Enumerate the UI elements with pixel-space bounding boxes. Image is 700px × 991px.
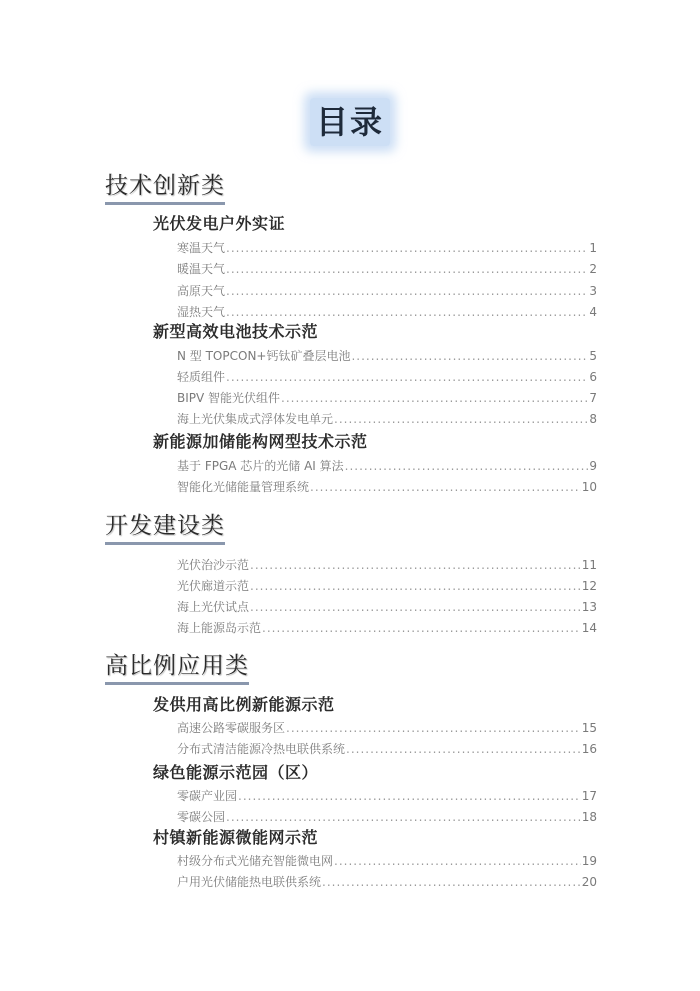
toc-entry-page: 16 (582, 741, 597, 757)
toc-entry-page: 8 (589, 411, 597, 427)
toc-entry[interactable]: 寒温天气 1 (177, 240, 597, 256)
toc-entry-page: 13 (582, 599, 597, 615)
dot-leader (351, 348, 588, 364)
toc-entry-page: 11 (582, 557, 597, 573)
toc-entry[interactable]: 智能化光储能量管理系统 10 (177, 479, 597, 495)
toc-entry-label: 寒温天气 (177, 240, 225, 256)
toc-entry-label: 湿热天气 (177, 304, 225, 320)
toc-entry-page: 2 (589, 261, 597, 277)
dot-leader (310, 479, 581, 495)
toc-entry-label: 基于 FPGA 芯片的光储 AI 算法 (177, 458, 344, 474)
dot-leader (281, 390, 588, 406)
toc-entry-page: 5 (589, 348, 597, 364)
toc-entry-label: 高原天气 (177, 283, 225, 299)
toc-entry[interactable]: 海上能源岛示范 14 (177, 620, 597, 636)
toc-entry-label: 轻质组件 (177, 369, 225, 385)
dot-leader (226, 304, 588, 320)
category-heading-development: 开发建设类 (105, 512, 225, 545)
dot-leader (250, 578, 581, 594)
toc-entry[interactable]: BIPV 智能光伏组件 7 (177, 390, 597, 406)
toc-entry[interactable]: 分布式清洁能源冷热电联供系统 16 (177, 741, 597, 757)
toc-entry-page: 19 (582, 853, 597, 869)
toc-entry[interactable]: 轻质组件 6 (177, 369, 597, 385)
dot-leader (334, 411, 588, 427)
toc-entry[interactable]: 高速公路零碳服务区 15 (177, 720, 597, 736)
toc-entry-page: 18 (582, 809, 597, 825)
category-heading-tech-innovation: 技术创新类 (105, 172, 225, 205)
toc-entry[interactable]: 零碳产业园 17 (177, 788, 597, 804)
toc-entry[interactable]: 户用光伏储能热电联供系统 20 (177, 874, 597, 890)
toc-entry-page: 9 (589, 458, 597, 474)
dot-leader (345, 458, 589, 474)
toc-entry-page: 3 (589, 283, 597, 299)
dot-leader (262, 620, 581, 636)
page-title: 目录 (0, 98, 700, 146)
toc-entry-page: 4 (589, 304, 597, 320)
toc-entry-label: BIPV 智能光伏组件 (177, 390, 280, 406)
dot-leader (250, 599, 581, 615)
toc-entry-label: 海上能源岛示范 (177, 620, 261, 636)
dot-leader (238, 788, 581, 804)
toc-entry[interactable]: N 型 TOPCON+钙钛矿叠层电池 5 (177, 348, 597, 364)
toc-entry-label: 零碳公园 (177, 809, 225, 825)
toc-entry[interactable]: 湿热天气 4 (177, 304, 597, 320)
toc-entry[interactable]: 海上光伏集成式浮体发电单元 8 (177, 411, 597, 427)
toc-entry-label: 光伏廊道示范 (177, 578, 249, 594)
toc-entry-page: 17 (582, 788, 597, 804)
toc-entry[interactable]: 暖温天气 2 (177, 261, 597, 277)
toc-entry-page: 20 (582, 874, 597, 890)
toc-entry-label: 零碳产业园 (177, 788, 237, 804)
toc-entry-label: 分布式清洁能源冷热电联供系统 (177, 741, 345, 757)
toc-entry-page: 7 (589, 390, 597, 406)
dot-leader (286, 720, 581, 736)
dot-leader (250, 557, 581, 573)
toc-entry-page: 12 (582, 578, 597, 594)
toc-entry[interactable]: 高原天气 3 (177, 283, 597, 299)
dot-leader (226, 369, 588, 385)
toc-entry-label: N 型 TOPCON+钙钛矿叠层电池 (177, 348, 350, 364)
toc-entry-page: 1 (589, 240, 597, 256)
toc-entry[interactable]: 零碳公园 18 (177, 809, 597, 825)
dot-leader (226, 240, 588, 256)
toc-entry[interactable]: 基于 FPGA 芯片的光储 AI 算法 9 (177, 458, 597, 474)
page-title-text: 目录 (310, 98, 390, 146)
toc-entry-label: 海上光伏试点 (177, 599, 249, 615)
toc-entry-page: 15 (582, 720, 597, 736)
subheading-new-cell-tech: 新型高效电池技术示范 (153, 322, 318, 342)
toc-entry-label: 暖温天气 (177, 261, 225, 277)
category-heading-high-ratio-application: 高比例应用类 (105, 652, 249, 685)
dot-leader (322, 874, 581, 890)
toc-entry-label: 村级分布式光储充智能微电网 (177, 853, 333, 869)
subheading-village-microgrid: 村镇新能源微能网示范 (153, 828, 318, 848)
subheading-high-ratio-renewable: 发供用高比例新能源示范 (153, 695, 335, 715)
toc-entry-label: 智能化光储能量管理系统 (177, 479, 309, 495)
subheading-grid-forming-storage: 新能源加储能构网型技术示范 (153, 432, 368, 452)
toc-entry-page: 6 (589, 369, 597, 385)
dot-leader (226, 283, 588, 299)
toc-entry-label: 海上光伏集成式浮体发电单元 (177, 411, 333, 427)
toc-entry-label: 户用光伏储能热电联供系统 (177, 874, 321, 890)
subheading-pv-outdoor-test: 光伏发电户外实证 (153, 214, 285, 234)
toc-entry[interactable]: 光伏治沙示范 11 (177, 557, 597, 573)
toc-entry-page: 10 (582, 479, 597, 495)
toc-entry-label: 高速公路零碳服务区 (177, 720, 285, 736)
toc-entry[interactable]: 海上光伏试点 13 (177, 599, 597, 615)
dot-leader (346, 741, 581, 757)
dot-leader (226, 261, 588, 277)
toc-entry-page: 14 (582, 620, 597, 636)
dot-leader (226, 809, 581, 825)
subheading-green-energy-park: 绿色能源示范园（区） (153, 763, 318, 783)
dot-leader (334, 853, 581, 869)
toc-entry-label: 光伏治沙示范 (177, 557, 249, 573)
toc-entry[interactable]: 光伏廊道示范 12 (177, 578, 597, 594)
toc-entry[interactable]: 村级分布式光储充智能微电网 19 (177, 853, 597, 869)
